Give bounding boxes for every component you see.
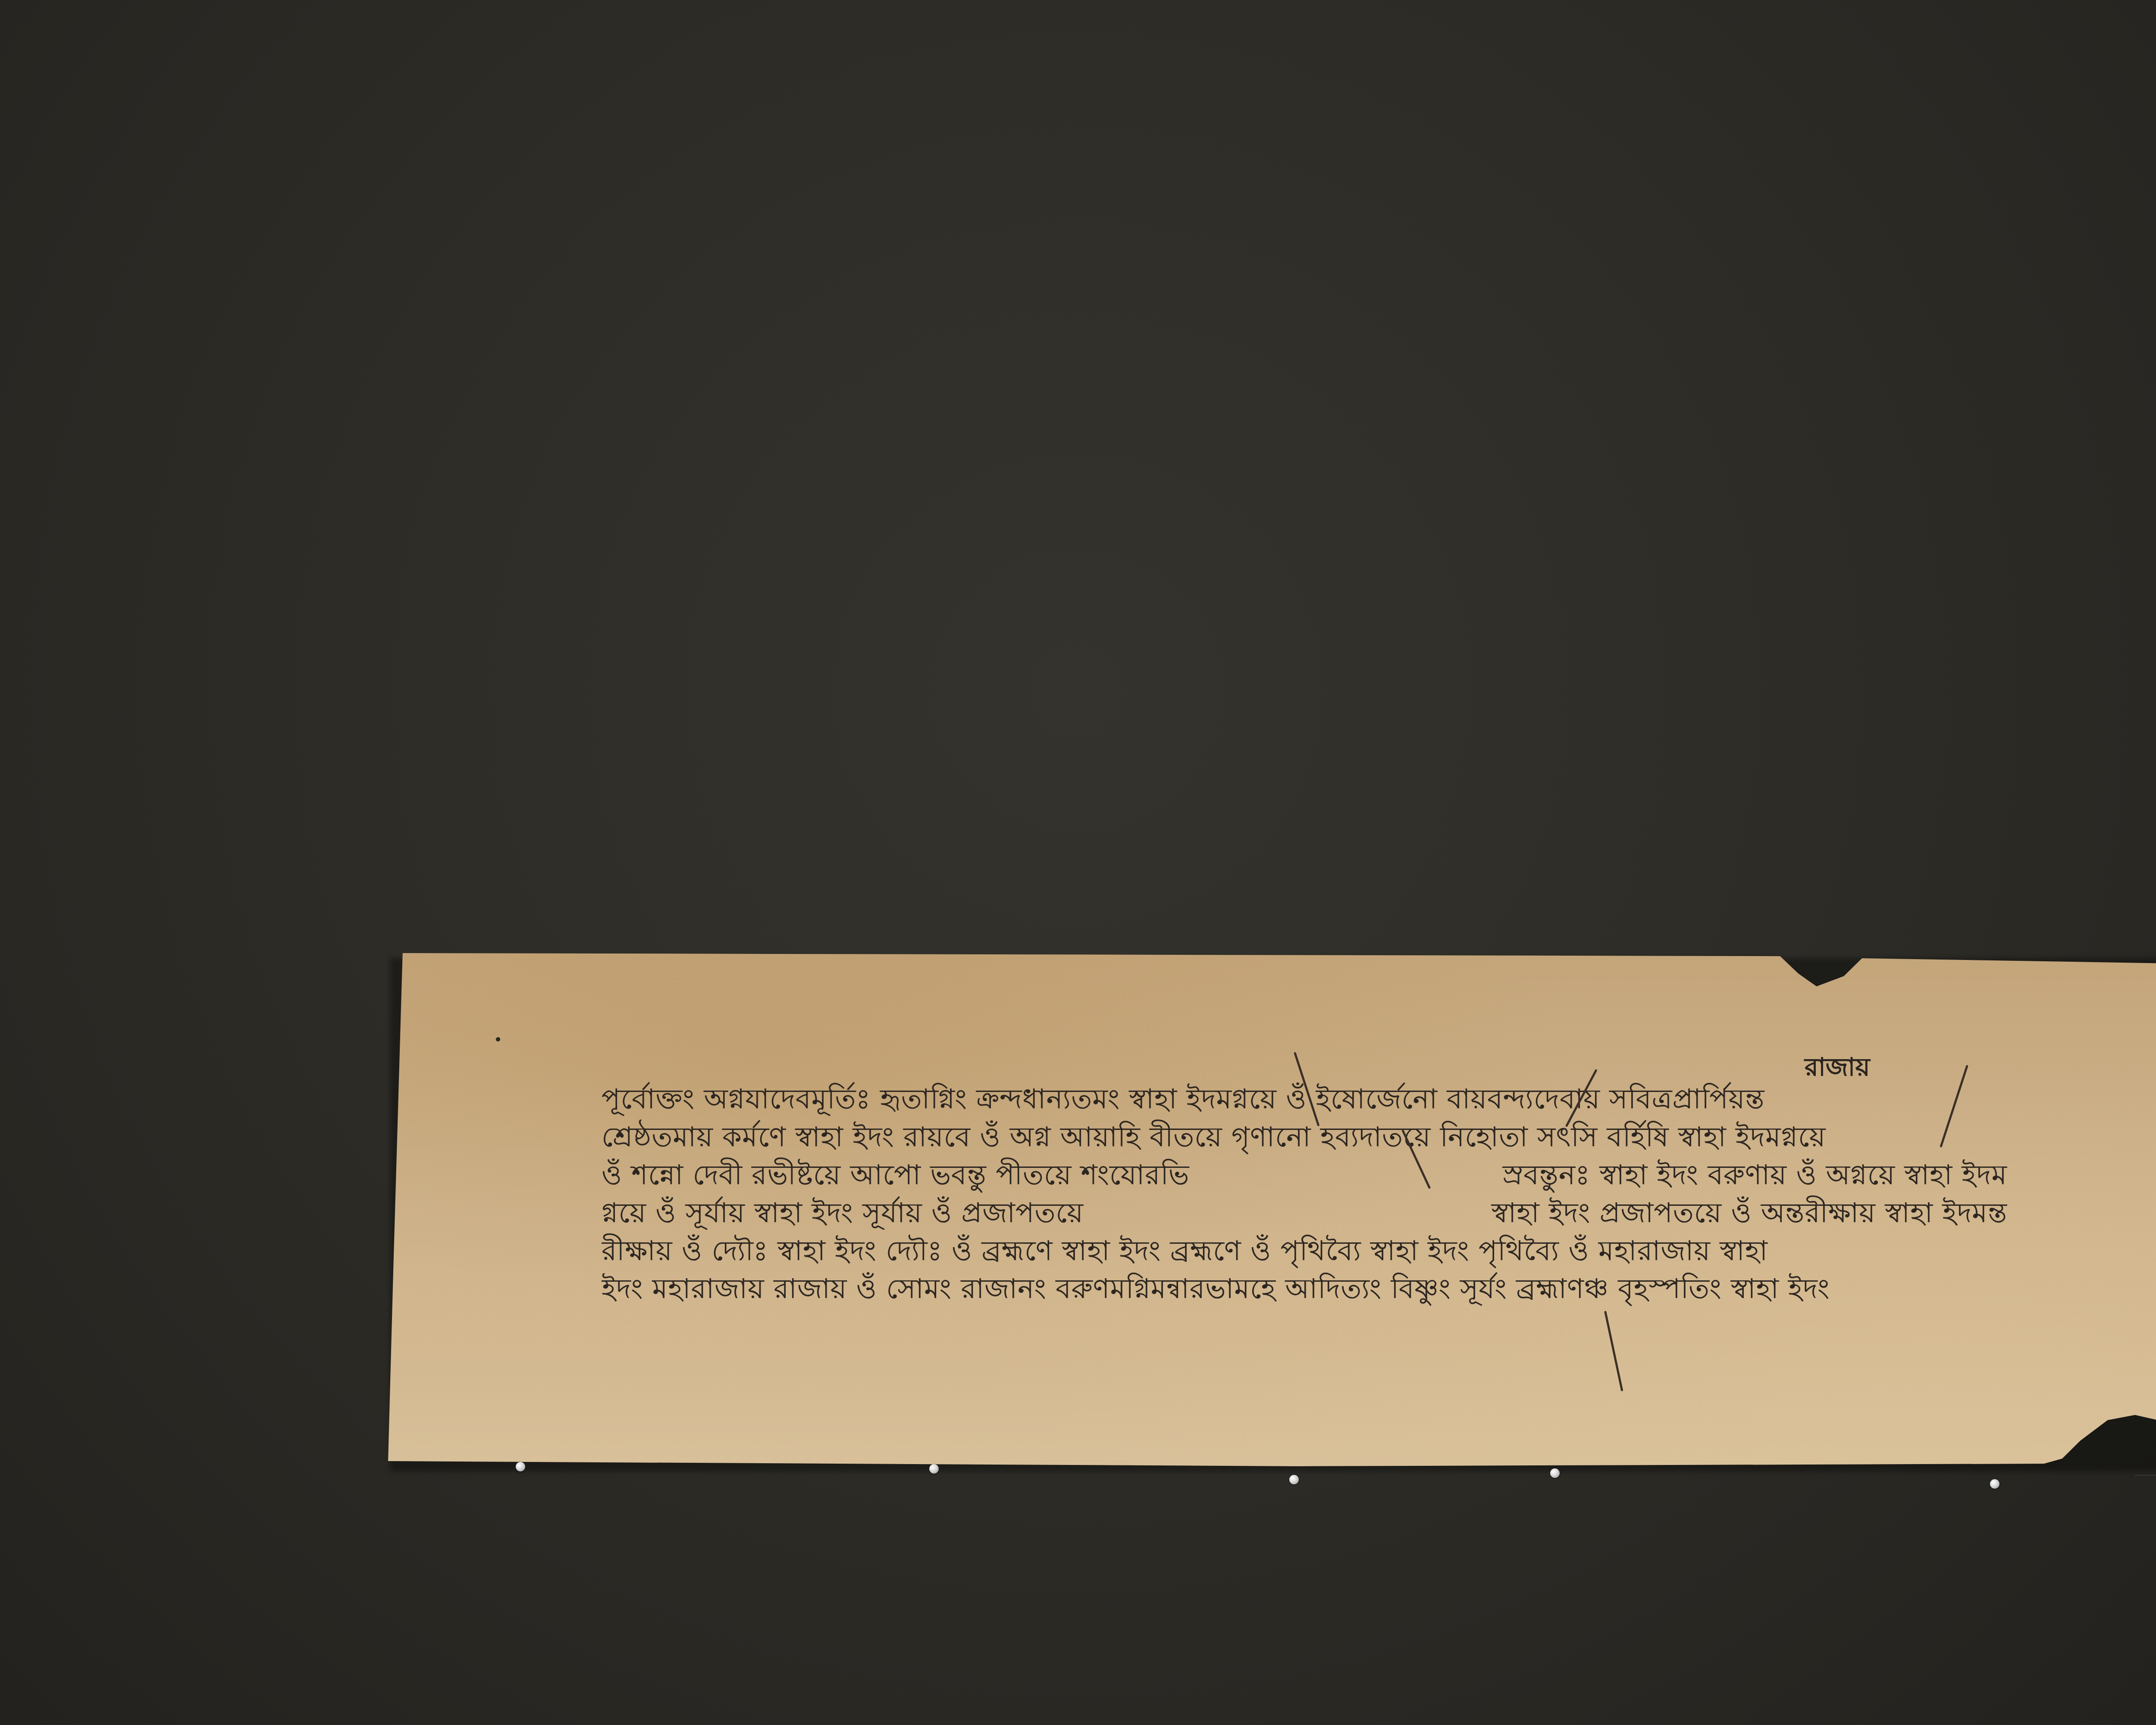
- text-line-3-left: ওঁ শন্নো দেবী রভীষ্টয়ে আপো ভবন্তু পীতয়…: [602, 1156, 1227, 1194]
- text-line-4-right: স্বাহা ইদং প্রজাপতয়ে ওঁ অন্তরীক্ষায় স্…: [1425, 1194, 2007, 1232]
- text-line-3-right: স্রবন্তুনঃ স্বাহা ইদং বরুণায় ওঁ অগ্নয়ে…: [1425, 1156, 2007, 1194]
- text-line-4-left: গ্নয়ে ওঁ সূর্যায় স্বাহা ইদং সূর্যায় ও…: [602, 1194, 1227, 1232]
- ink-spot: [496, 1037, 500, 1041]
- text-line-6: ইদং মহারাজায় রাজায় ওঁ সোমং রাজানং বরুণ…: [602, 1270, 2007, 1308]
- manuscript-text: পূর্বোক্তং অগ্নযাদেবমূর্তিঃ হৃতাগ্নিং ক্…: [602, 1080, 2007, 1308]
- mounting-pin: [1550, 1468, 1560, 1478]
- text-line-2: শ্রেষ্ঠতমায় কর্মণে স্বাহা ইদং রায়বে ওঁ…: [602, 1118, 2007, 1156]
- mounting-pin: [1990, 1479, 1999, 1489]
- text-line-3: ওঁ শন্নো দেবী রভীষ্টয়ে আপো ভবন্তু পীতয়…: [602, 1156, 2007, 1194]
- board-crease: [2134, 1475, 2156, 1476]
- mounting-pin: [929, 1464, 939, 1474]
- mounting-pin: [1289, 1475, 1299, 1484]
- text-line-4: গ্নয়ে ওঁ সূর্যায় স্বাহা ইদং সূর্যায় ও…: [602, 1194, 2007, 1232]
- text-line-5: রীক্ষায় ওঁ দ্যৌঃ স্বাহা ইদং দ্যৌঃ ওঁ ব্…: [602, 1232, 2007, 1270]
- mounting-pin: [516, 1462, 525, 1471]
